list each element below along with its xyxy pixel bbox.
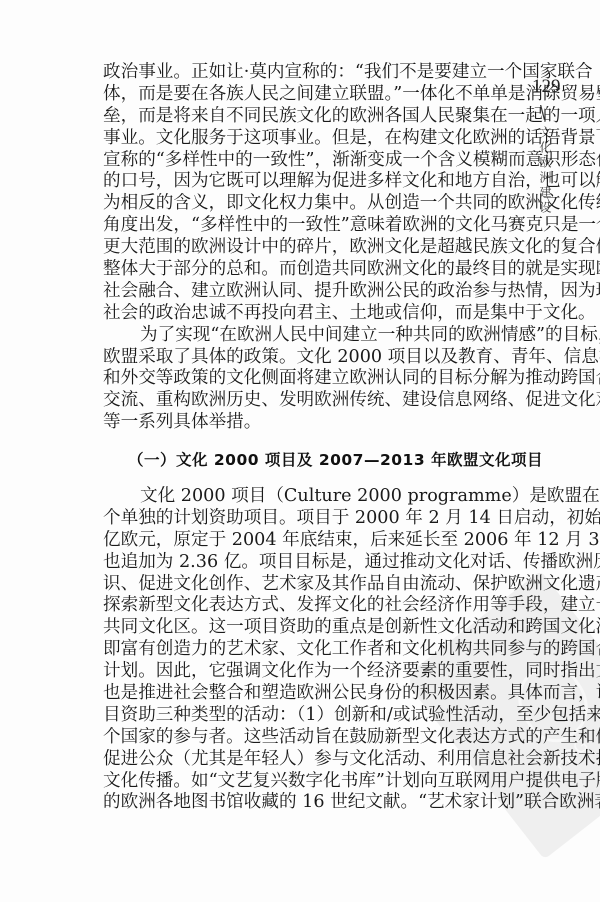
section-heading: （一）文化 2000 项目及 2007—2013 年欧盟文化项目 (128, 449, 543, 471)
paragraph-line: 为了实现“在欧洲人民中间建立一种共同的欧洲情感”的目标， (103, 325, 514, 347)
paragraph-line: 社会融合、建立欧洲认同、提升欧洲公民的政治参与热情，因为现代 (103, 281, 514, 303)
paragraph-line: 等一系列具体举措。 (103, 412, 514, 434)
paragraph-line: 计划。因此，它强调文化作为一个经济要素的重要性，同时指出文化 (103, 661, 514, 683)
paragraph-line: 垒，而是将来自不同民族文化的欧洲各国人民聚集在一起的一项人文 (103, 106, 514, 128)
paragraph-line: 和外交等政策的文化侧面将建立欧洲认同的目标分解为推动跨国合作 (103, 368, 514, 390)
paragraph-line: 的欧洲各地图书馆收藏的 16 世纪文献。“艺术家计划”联合欧洲著名 (103, 792, 514, 814)
paragraph-line: 个国家的参与者。这些活动旨在鼓励新型文化表达方式的产生和传播、 (103, 727, 514, 749)
paragraph-line: 角度出发，“多样性中的一致性”意味着欧洲的文化马赛克只是一个 (103, 215, 514, 237)
paragraph-line: 为相反的含义，即文化权力集中。从创造一个共同的欧洲文化传统的 (103, 193, 514, 215)
paragraph-line: 识、促进文化创作、艺术家及其作品自由流动、保护欧洲文化遗产、 (103, 574, 514, 596)
paragraph-line: 社会的政治忠诚不再投向君主、土地或信仰，而是集中于文化。 (103, 303, 514, 325)
paragraph-line: 促进公众（尤其是年轻人）参与文化活动、利用信息社会新技术推进 (103, 749, 514, 771)
book-page: PDG 129 \ 文化欧洲建设 政治事业。正如让·莫内宣称的：“我们不是要建立… (0, 0, 600, 902)
body-paragraphs-top: 政治事业。正如让·莫内宣称的：“我们不是要建立一个国家联合 体，而是要在各族人民… (103, 62, 514, 434)
paragraph-line: 交流、重构欧洲历史、发明欧洲传统、建设信息网络、促进文化对话 (103, 390, 514, 412)
paragraph-line: 政治事业。正如让·莫内宣称的：“我们不是要建立一个国家联合 (103, 62, 514, 84)
paragraph-line: 更大范围的欧洲设计中的碎片，欧洲文化是超越民族文化的复合体， (103, 237, 514, 259)
paragraph-line: 体，而是要在各族人民之间建立联盟。”一体化不单单是消除贸易壁 (103, 84, 514, 106)
paragraph-line: 事业。文化服务于这项事业。但是，在构建文化欧洲的话语背景下所 (103, 128, 514, 150)
paragraph-line: 宣称的“多样性中的一致性”，渐渐变成一个含义模糊而意识形态化 (103, 150, 514, 172)
paragraph-line: 个单独的计划资助项目。项目于 2000 年 2 月 14 日启动，初始投资 1.… (103, 508, 514, 530)
paragraph-line: 欧盟采取了具体的政策。文化 2000 项目以及教育、青年、信息社会 (103, 347, 514, 369)
paragraph-line: 亿欧元，原定于 2004 年底结束，后来延长至 2006 年 12 月 31 日… (103, 530, 514, 552)
paragraph-line: 也是推进社会整合和塑造欧洲公民身份的积极因素。具体而言，该项 (103, 683, 514, 705)
paragraph-line: 共同文化区。这一项目资助的重点是创新性文化活动和跨国文化活动， (103, 617, 514, 639)
paragraph-line: 即富有创造力的艺术家、文化工作者和文化机构共同参与的跨国合作 (103, 639, 514, 661)
paragraph-line: 文化传播。如“文艺复兴数字化书库”计划向互联网用户提供电子版 (103, 771, 514, 793)
paragraph-line: 文化 2000 项目（Culture 2000 programme）是欧盟在文化… (103, 486, 514, 508)
paragraph-line: 目资助三种类型的活动：（1）创新和/或试验性活动，至少包括来自 3 (103, 705, 514, 727)
paragraph-line: 也追加为 2.36 亿。项目目标是，通过推动文化对话、传播欧洲历史知 (103, 552, 514, 574)
paragraph-line: 探索新型文化表达方式、发挥文化的社会经济作用等手段，建立一个 (103, 595, 514, 617)
paragraph-line: 的口号，因为它既可以理解为促进多样文化和地方自治，也可以解释 (103, 171, 514, 193)
paragraph-line: 整体大于部分的总和。而创造共同欧洲文化的最终目的就是实现欧洲 (103, 259, 514, 281)
body-paragraph-bottom: 文化 2000 项目（Culture 2000 programme）是欧盟在文化… (103, 486, 514, 814)
